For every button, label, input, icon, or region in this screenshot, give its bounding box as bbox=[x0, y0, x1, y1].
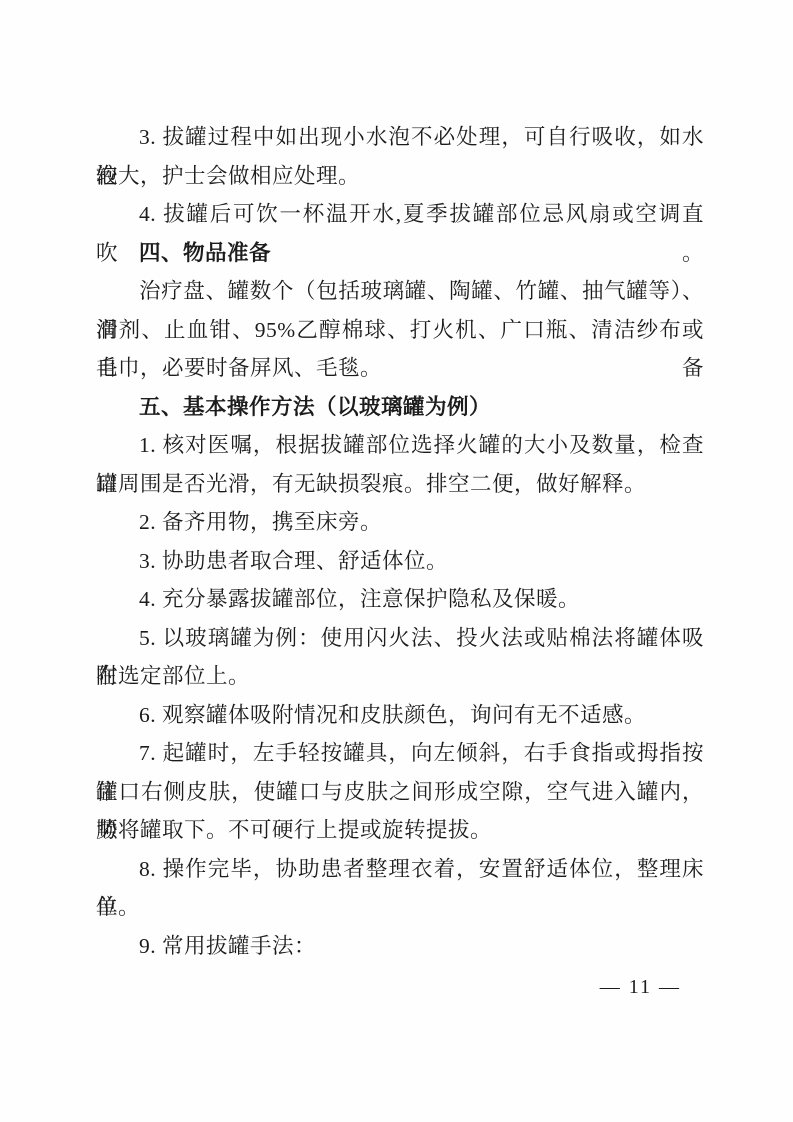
text-line: 罐口右侧皮肤，使罐口与皮肤之间形成空隙，空气进入罐内，顺 bbox=[96, 773, 704, 812]
text-line: 4. 充分暴露拔罐部位，注意保护隐私及保暖。 bbox=[96, 580, 704, 619]
text-line: 滑剂、止血钳、95%乙醇棉球、打火机、广口瓶、清洁纱布或自备 bbox=[96, 311, 704, 350]
text-line: 3. 协助患者取合理、舒适体位。 bbox=[96, 542, 704, 581]
text-line: 4. 拔罐后可饮一杯温开水,夏季拔罐部位忌风扇或空调直吹。 bbox=[96, 195, 704, 234]
text-line: 口周围是否光滑，有无缺损裂痕。排空二便，做好解释。 bbox=[96, 465, 704, 504]
text-line: 2. 备齐用物，携至床旁。 bbox=[96, 503, 704, 542]
text-line: 3. 拔罐过程中如出现小水泡不必处理，可自行吸收，如水泡 bbox=[96, 118, 704, 157]
text-line: 在选定部位上。 bbox=[96, 657, 704, 696]
text-line: 治疗盘、罐数个（包括玻璃罐、陶罐、竹罐、抽气罐等）、润 bbox=[96, 272, 704, 311]
text-line: 5. 以玻璃罐为例：使用闪火法、投火法或贴棉法将罐体吸附 bbox=[96, 619, 704, 658]
section-heading: 五、基本操作方法（以玻璃罐为例） bbox=[96, 388, 704, 427]
text-line: 位。 bbox=[96, 888, 704, 927]
text-line: 较大，护士会做相应处理。 bbox=[96, 157, 704, 196]
page-number: — 11 — bbox=[600, 976, 681, 999]
text-line: 8. 操作完毕，协助患者整理衣着，安置舒适体位，整理床单 bbox=[96, 850, 704, 889]
text-line: 6. 观察罐体吸附情况和皮肤颜色，询问有无不适感。 bbox=[96, 696, 704, 735]
document-lines: 3. 拔罐过程中如出现小水泡不必处理，可自行吸收，如水泡较大，护士会做相应处理。… bbox=[96, 118, 704, 965]
text-line: 7. 起罐时，左手轻按罐具，向左倾斜，右手食指或拇指按住 bbox=[96, 734, 704, 773]
text-line: 9. 常用拔罐手法： bbox=[96, 927, 704, 966]
text-line: 1. 核对医嘱，根据拔罐部位选择火罐的大小及数量，检查罐 bbox=[96, 426, 704, 465]
document-page: 3. 拔罐过程中如出现小水泡不必处理，可自行吸收，如水泡较大，护士会做相应处理。… bbox=[0, 0, 793, 1122]
text-line: 势将罐取下。不可硬行上提或旋转提拔。 bbox=[96, 811, 704, 850]
